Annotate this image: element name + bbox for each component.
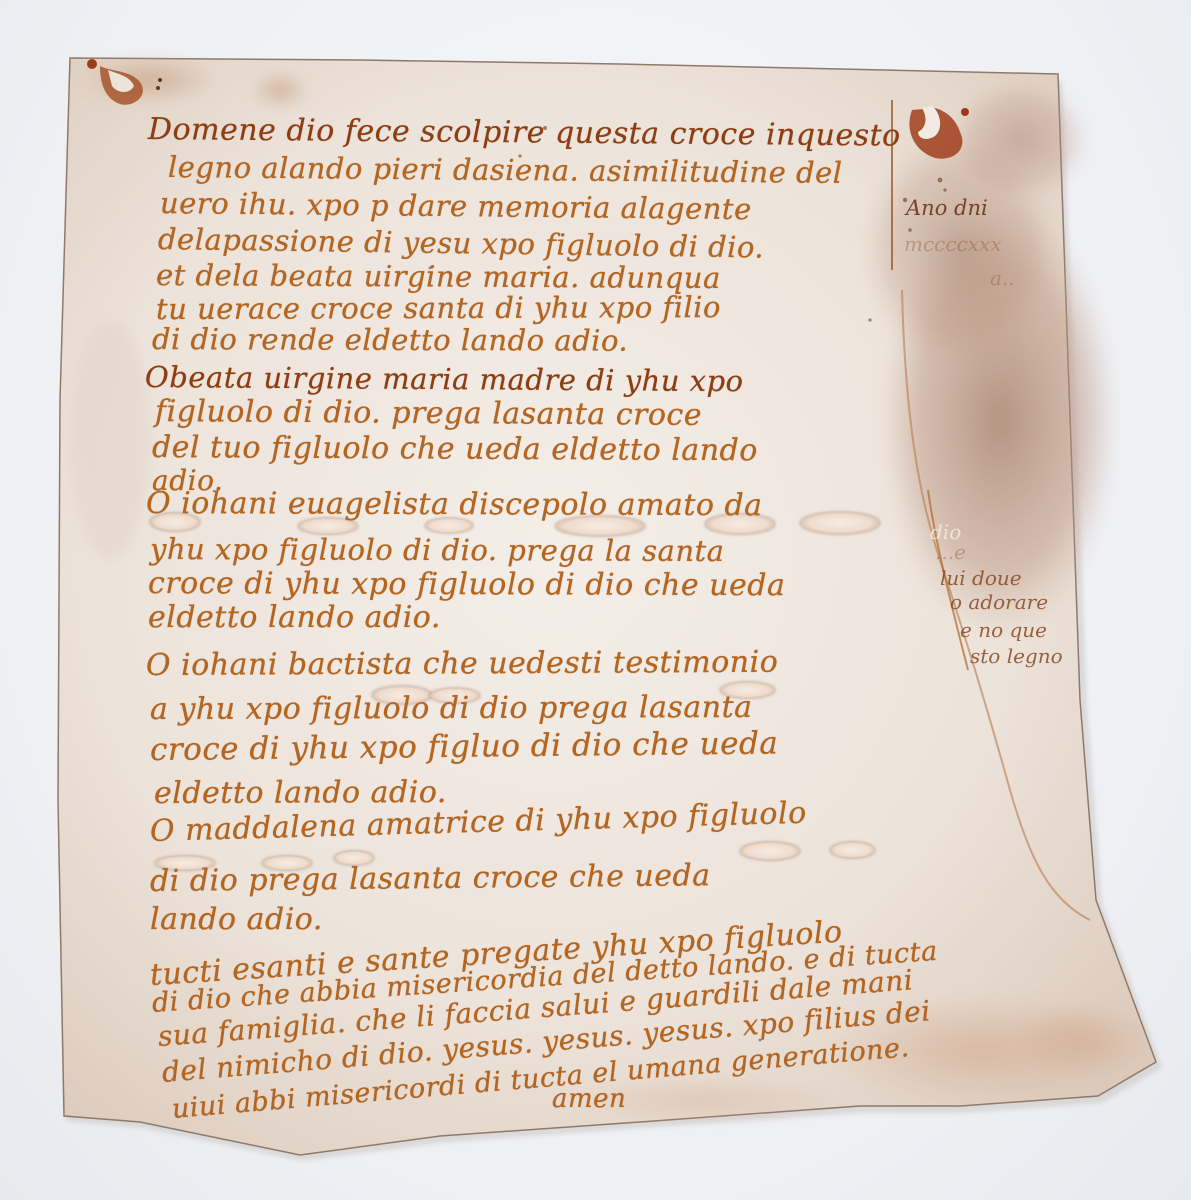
hole	[155, 856, 215, 870]
hole	[150, 513, 200, 531]
parchment-fragment	[0, 0, 1191, 1200]
hole	[298, 518, 358, 534]
hole	[705, 514, 775, 534]
hole	[800, 512, 880, 534]
hole	[262, 856, 312, 870]
hole	[830, 842, 875, 858]
hole	[334, 851, 374, 865]
hole	[555, 516, 645, 536]
hole	[430, 688, 480, 703]
hole	[740, 842, 800, 860]
hole	[425, 518, 473, 533]
hole	[720, 682, 775, 698]
hole	[372, 686, 432, 704]
